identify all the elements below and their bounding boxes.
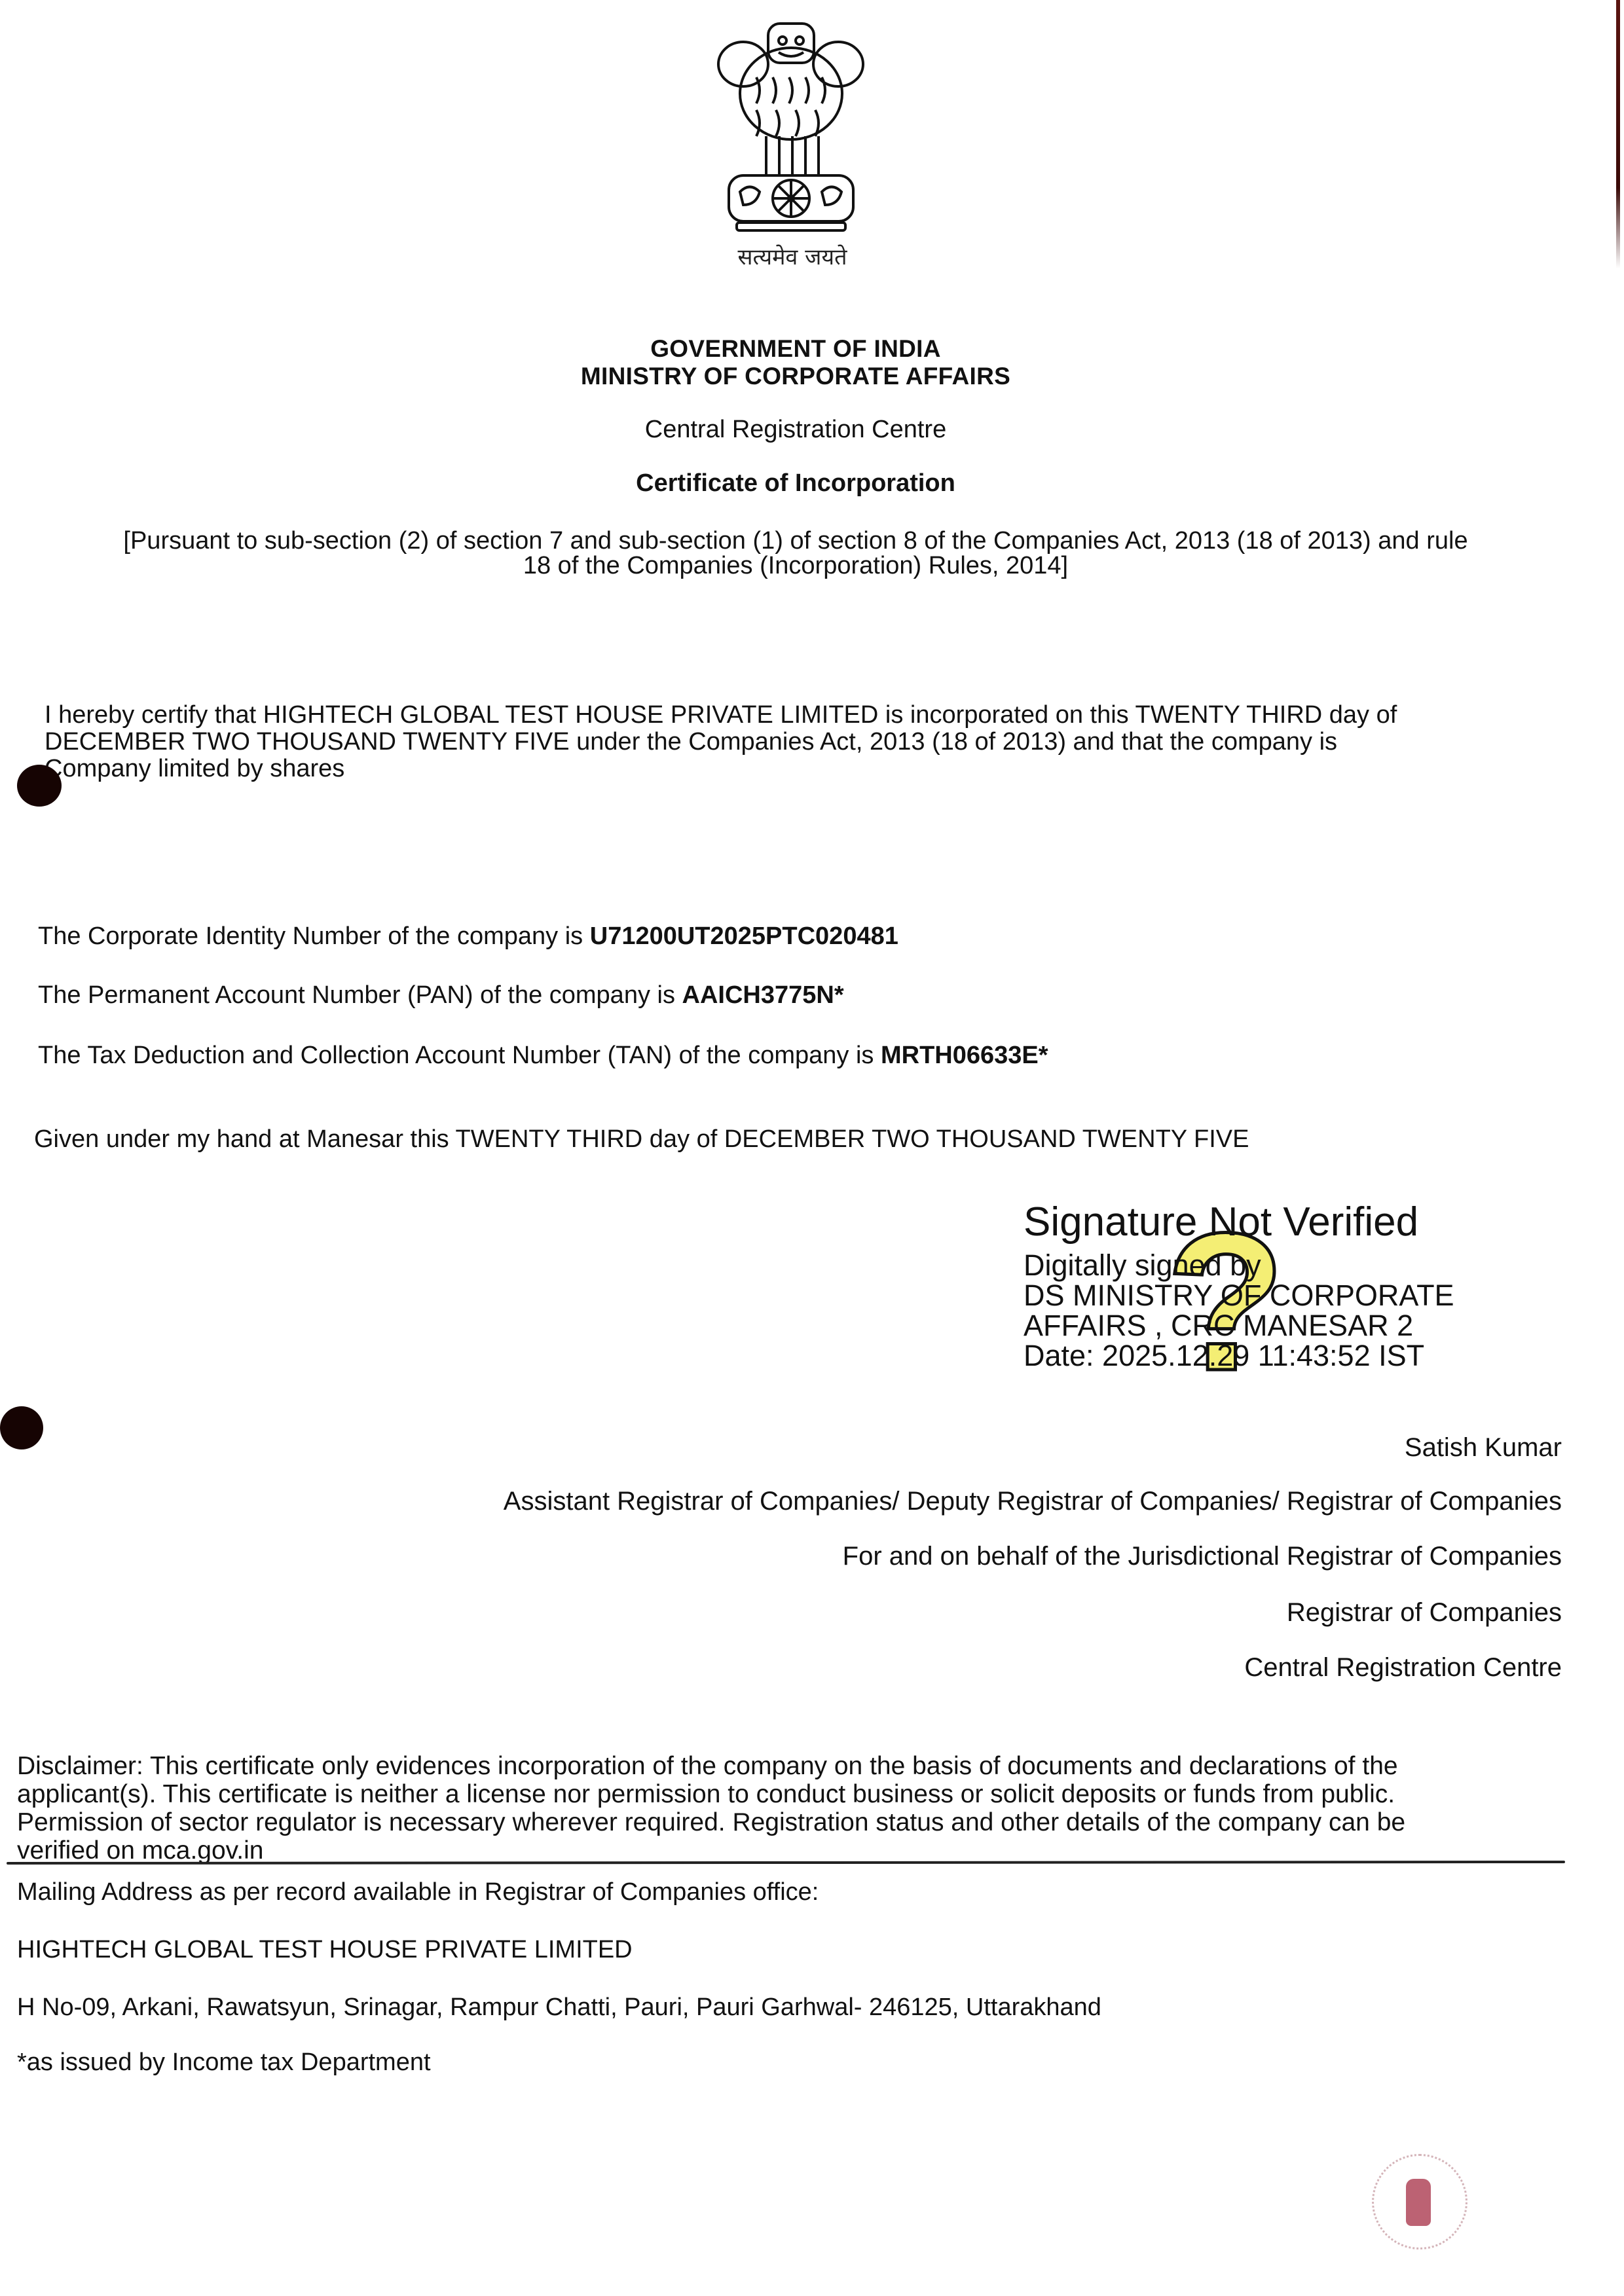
pan-label: The Permanent Account Number (PAN) of th… — [38, 981, 682, 1009]
digital-signature-block: Signature Not Verified Digitally signed … — [1024, 1199, 1534, 1371]
page-edge — [1616, 0, 1620, 268]
cin-label: The Corporate Identity Number of the com… — [38, 922, 590, 950]
tan-label: The Tax Deduction and Collection Account… — [38, 1042, 881, 1069]
pan-value: AAICH3775N* — [682, 981, 844, 1009]
disclaimer-line-1: Disclaimer: This certificate only eviden… — [17, 1752, 1405, 1780]
header-government: GOVERNMENT OF INDIA — [0, 335, 1591, 363]
national-emblem-icon — [710, 12, 871, 238]
page-title: Certificate of Incorporation — [0, 469, 1591, 498]
registrar-name: Satish Kumar — [1405, 1432, 1562, 1463]
registrar-designation: Assistant Registrar of Companies/ Deputy… — [504, 1486, 1562, 1516]
registrar-centre: Central Registration Centre — [1244, 1652, 1562, 1683]
disclaimer: Disclaimer: This certificate only eviden… — [17, 1752, 1405, 1865]
mailing-address: H No-09, Arkani, Rawatsyun, Srinagar, Ra… — [17, 1994, 1101, 2021]
tan-row: The Tax Deduction and Collection Account… — [38, 1042, 1048, 1069]
given-under-statement: Given under my hand at Manesar this TWEN… — [34, 1126, 1249, 1153]
tan-value: MRTH06633E* — [881, 1042, 1048, 1069]
header-office: Central Registration Centre — [0, 415, 1591, 444]
registrar-on-behalf: For and on behalf of the Jurisdictional … — [843, 1541, 1562, 1571]
cin-value: U71200UT2025PTC020481 — [590, 922, 898, 950]
pan-row: The Permanent Account Number (PAN) of th… — [38, 982, 844, 1009]
certification-line-1: I hereby certify that HIGHTECH GLOBAL TE… — [45, 702, 1397, 729]
pursuant-line-2: 18 of the Companies (Incorporation) Rule… — [0, 553, 1591, 579]
mailing-company: HIGHTECH GLOBAL TEST HOUSE PRIVATE LIMIT… — [17, 1937, 633, 1963]
signature-date: Date: 2025.12.29 11:43:52 IST — [1024, 1341, 1534, 1371]
punch-hole-mark — [0, 1406, 43, 1449]
certification-line-3: Company limited by shares — [45, 756, 344, 782]
header-ministry: MINISTRY OF CORPORATE AFFAIRS — [0, 363, 1591, 390]
emblem-motto: सत्यमेव जयते — [707, 241, 877, 271]
registrar-office: Registrar of Companies — [1287, 1597, 1562, 1628]
seal-emblem-icon — [1406, 2179, 1431, 2226]
cin-row: The Corporate Identity Number of the com… — [38, 923, 898, 950]
tax-footnote: *as issued by Income tax Department — [17, 2049, 431, 2076]
certification-line-2: DECEMBER TWO THOUSAND TWENTY FIVE under … — [45, 729, 1337, 756]
mailing-label: Mailing Address as per record available … — [17, 1879, 819, 1906]
signer-line-2: AFFAIRS , CRC MANESAR 2 — [1024, 1311, 1534, 1341]
disclaimer-line-3: Permission of sector regulator is necess… — [17, 1808, 1405, 1836]
signed-by-label: Digitally signed by — [1024, 1250, 1534, 1281]
signature-status: Signature Not Verified — [1024, 1199, 1534, 1245]
signer-line-1: DS MINISTRY OF CORPORATE — [1024, 1281, 1534, 1311]
disclaimer-line-2: applicant(s). This certificate is neithe… — [17, 1780, 1405, 1808]
pursuant-line-1: [Pursuant to sub-section (2) of section … — [0, 528, 1591, 554]
punch-hole-mark — [17, 765, 62, 807]
